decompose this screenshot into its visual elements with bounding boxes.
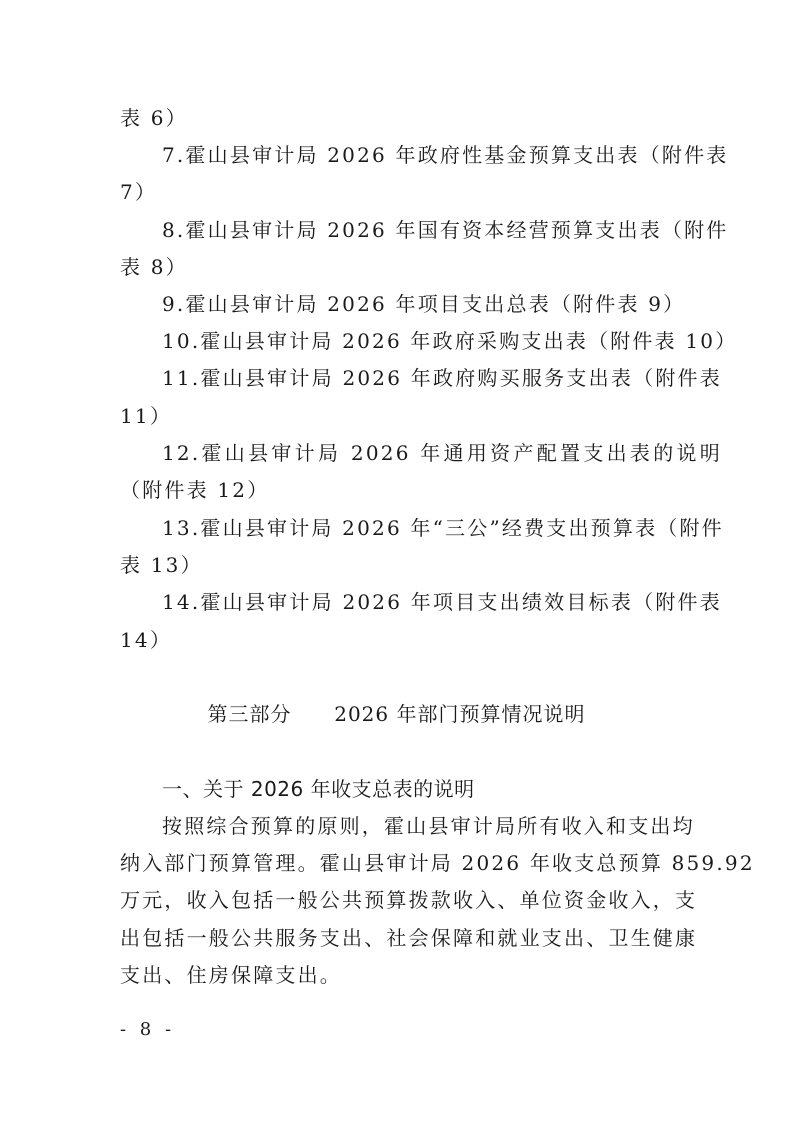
paragraph-line: 按照综合预算的原则，霍山县审计局所有收入和支出均 [162,813,680,839]
list-item-continuation: 表 8） [120,254,680,280]
list-item-continuation: （附件表 12） [120,477,680,503]
list-item-continuation: 11） [120,403,680,429]
section-title: 第三部分 2026 年部门预算情况说明 [0,700,793,728]
list-item-continuation: 7） [120,179,680,205]
list-item: 7.霍山县审计局 2026 年政府性基金预算支出表（附件表 [162,142,722,168]
paragraph-line: 纳入部门预算管理。霍山县审计局 2026 年收支总预算 859.92 [120,850,680,876]
list-item: 8.霍山县审计局 2026 年国有资本经营预算支出表（附件 [162,217,722,243]
list-item: 11.霍山县审计局 2026 年政府购买服务支出表（附件表 [162,365,722,391]
paragraph-line: 万元，收入包括一般公共预算拨款收入、单位资金收入，支 [120,887,680,913]
list-item-continuation: 表 6） [120,105,680,131]
document-page: 表 6） 7.霍山县审计局 2026 年政府性基金预算支出表（附件表 7） 8.… [0,0,793,1122]
list-item-continuation: 表 13） [120,552,680,578]
paragraph-line: 支出、住房保障支出。 [120,962,680,988]
list-item: 13.霍山县审计局 2026 年“三公”经费支出预算表（附件 [162,515,722,541]
list-item-continuation: 14） [120,627,680,653]
list-item: 14.霍山县审计局 2026 年项目支出绩效目标表（附件表 [162,589,722,615]
list-item: 9.霍山县审计局 2026 年项目支出总表（附件表 9） [162,291,722,317]
paragraph-line: 出包括一般公共服务支出、社会保障和就业支出、卫生健康 [120,925,680,951]
section-title-text: 2026 年部门预算情况说明 [334,702,585,726]
list-item: 12.霍山县审计局 2026 年通用资产配置支出表的说明 [162,440,722,466]
list-item: 10.霍山县审计局 2026 年政府采购支出表（附件表 10） [162,328,722,354]
section-part-label: 第三部分 [208,702,292,726]
subheading: 一、关于 2026 年收支总表的说明 [162,776,475,802]
page-number: - 8 - [120,1018,175,1042]
